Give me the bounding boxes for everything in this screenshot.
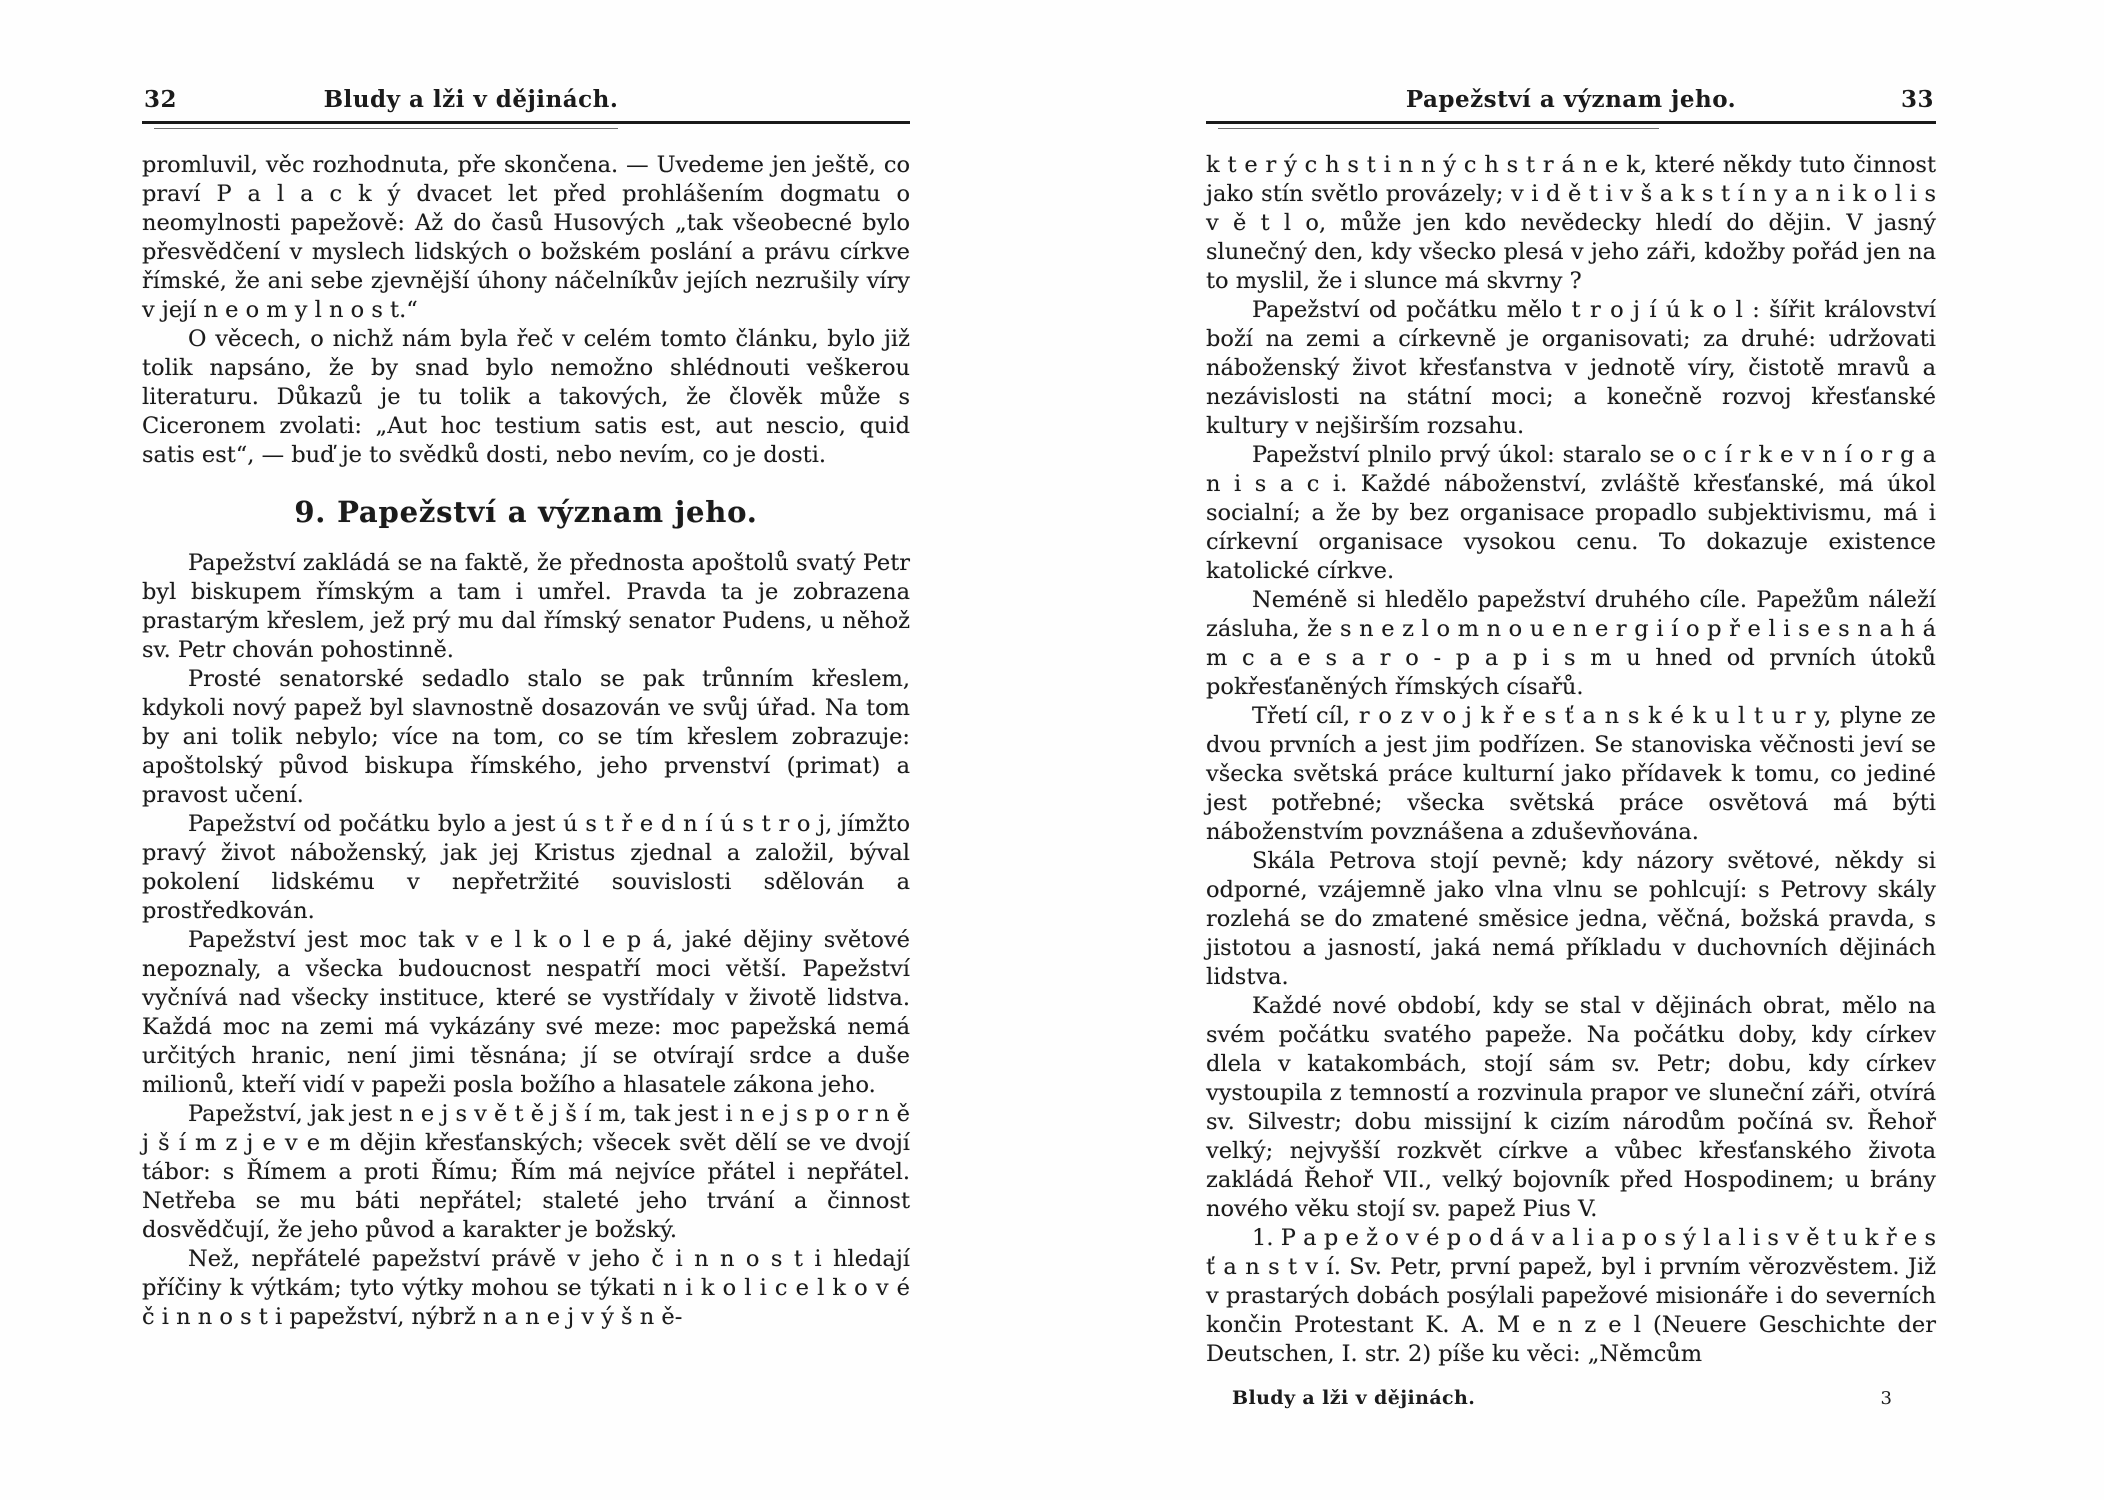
paragraph: Papežství, jak jest n e j s v ě t ě j š … xyxy=(142,1100,910,1245)
book-scan-spread: 32 Bludy a lži v dějinách. promluvil, vě… xyxy=(0,0,2104,1500)
paragraph: k t e r ý c h s t i n n ý c h s t r á n … xyxy=(1206,151,1936,296)
page-body-left: promluvil, věc rozhodnuta, pře skončena.… xyxy=(142,151,910,1332)
running-title-left: Bludy a lži v dějinách. xyxy=(142,86,800,113)
paragraph: Než, nepřátelé papežství právě v jeho č … xyxy=(142,1245,910,1332)
footer-book-title: Bludy a lži v dějinách. xyxy=(1232,1387,1475,1409)
header-rule-right xyxy=(1206,121,1936,124)
paragraph: Prosté senatorské sedadlo stalo se pak t… xyxy=(142,665,910,810)
page-right: Papežství a význam jeho. 33 k t e r ý c … xyxy=(1206,86,1936,1409)
paragraph: 1. P a p e ž o v é p o d á v a l i a p o… xyxy=(1206,1224,1936,1369)
paragraph: Papežství od počátku bylo a jest ú s t ř… xyxy=(142,810,910,926)
paragraph: promluvil, věc rozhodnuta, pře skončena.… xyxy=(142,151,910,325)
page-left: 32 Bludy a lži v dějinách. promluvil, vě… xyxy=(142,86,910,1332)
page-footer: Bludy a lži v dějinách. 3 xyxy=(1206,1387,1936,1409)
page-body-right: k t e r ý c h s t i n n ý c h s t r á n … xyxy=(1206,151,1936,1369)
paragraph: Papežství zakládá se na faktě, že předno… xyxy=(142,549,910,665)
running-title-right: Papežství a význam jeho. xyxy=(1206,86,1936,113)
chapter-heading: 9. Papežství a význam jeho. xyxy=(142,498,910,527)
signature-mark: 3 xyxy=(1881,1388,1892,1409)
paragraph: Skála Petrova stojí pevně; kdy názory sv… xyxy=(1206,847,1936,992)
paragraph: Třetí cíl, r o z v o j k ř e s ť a n s k… xyxy=(1206,702,1936,847)
page-header-left: 32 Bludy a lži v dějinách. xyxy=(142,86,910,116)
paragraph: Neméně si hledělo papežství druhého cíle… xyxy=(1206,586,1936,702)
paragraph: Papežství od počátku mělo t r o j í ú k … xyxy=(1206,296,1936,441)
paragraph: Papežství plnilo prvý úkol: staralo se o… xyxy=(1206,441,1936,586)
paragraph: Papežství jest moc tak v e l k o l e p á… xyxy=(142,926,910,1100)
header-rule-left xyxy=(142,121,910,124)
page-header-right: Papežství a význam jeho. 33 xyxy=(1206,86,1936,116)
page-number-right: 33 xyxy=(1901,86,1934,113)
paragraph: O věcech, o nichž nám byla řeč v celém t… xyxy=(142,325,910,470)
paragraph: Každé nové období, kdy se stal v dějinác… xyxy=(1206,992,1936,1224)
